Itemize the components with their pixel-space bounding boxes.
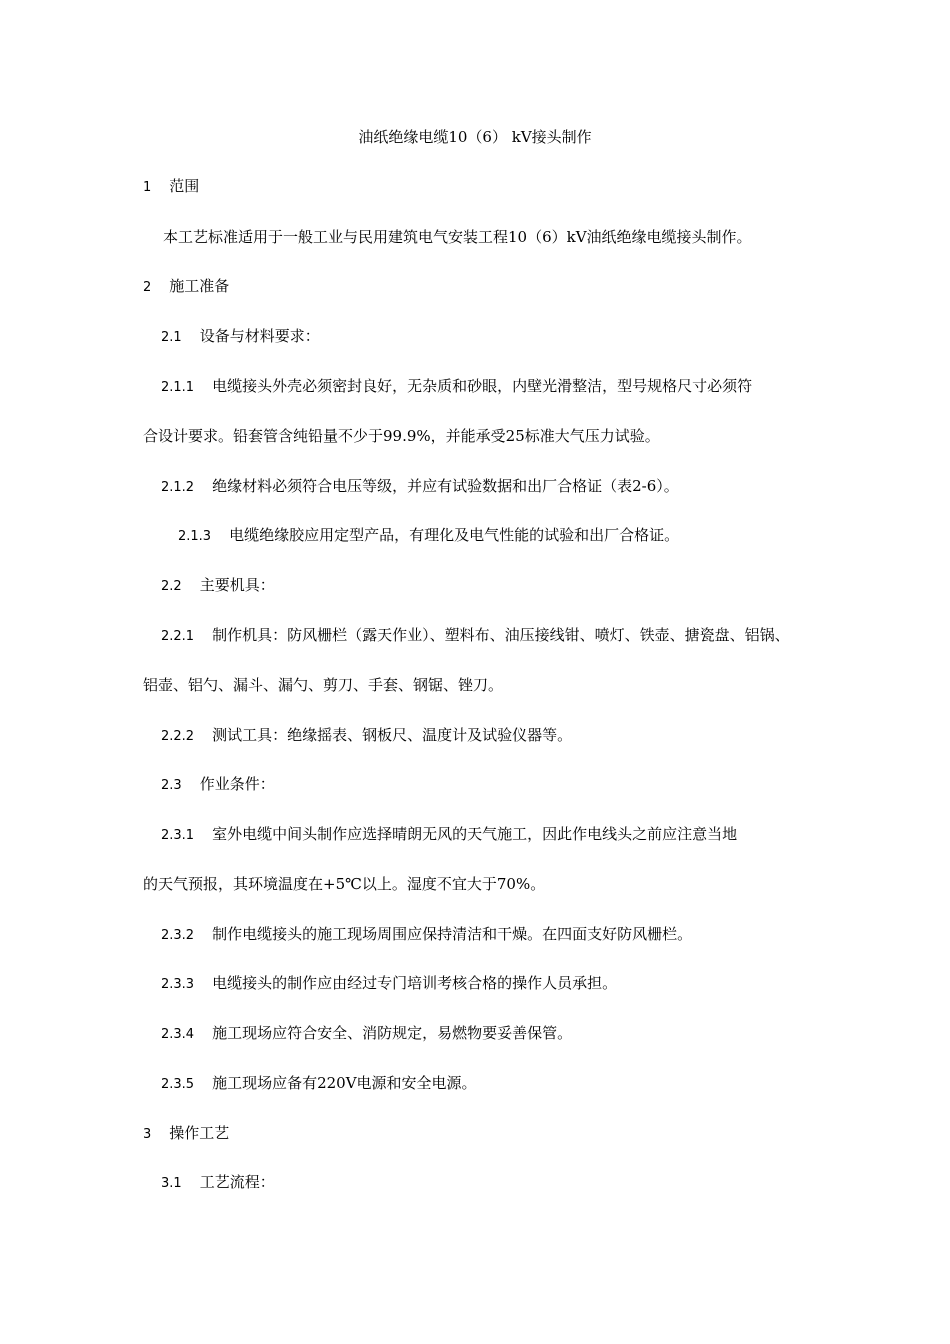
clause-2-3-3: 2.3.3电缆接头的制作应由经过专门培训考核合格的操作人员承担。	[161, 973, 617, 995]
clause-2-3-4: 2.3.4施工现场应符合安全、消防规定，易燃物要妥善保管。	[161, 1023, 572, 1045]
clause-2-1-1: 2.1.1电缆接头外壳必须密封良好，无杂质和砂眼，内壁光滑整洁，型号规格尺寸必须…	[161, 376, 752, 398]
clause-number: 2.3.3	[161, 975, 194, 995]
clause-text: 电缆接头外壳必须密封良好，无杂质和砂眼，内壁光滑整洁，型号规格尺寸必须符	[212, 377, 752, 395]
clause-number: 2.3.5	[161, 1075, 194, 1095]
section-heading-2: 2施工准备	[143, 276, 229, 298]
clause-text: 室外电缆中间头制作应选择晴朗无风的天气施工，因此作电线头之前应注意当地	[212, 825, 737, 843]
clause-text: 设备与材料要求：	[200, 327, 320, 345]
clause-number: 3.1	[161, 1174, 182, 1194]
document-title: 油纸绝缘电缆10（6） kV接头制作	[0, 127, 950, 147]
clause-text: 绝缘材料必须符合电压等级，并应有试验数据和出厂合格证（表2-6）。	[212, 477, 679, 495]
clause-2-3-1: 2.3.1室外电缆中间头制作应选择晴朗无风的天气施工，因此作电线头之前应注意当地	[161, 824, 737, 846]
clause-number: 2.3.1	[161, 826, 194, 846]
clause-number: 2.2.1	[161, 627, 194, 647]
clause-text: 施工现场应备有220V电源和安全电源。	[212, 1074, 476, 1092]
clause-2-2: 2.2主要机具：	[161, 575, 275, 597]
clause-number: 2.1.1	[161, 378, 194, 398]
section-heading-1: 1范围	[143, 176, 199, 198]
clause-text: 工艺流程：	[200, 1173, 275, 1191]
section-number: 3	[143, 1125, 151, 1145]
section-number: 1	[143, 178, 151, 198]
clause-text: 电缆绝缘胶应用定型产品，有理化及电气性能的试验和出厂合格证。	[229, 526, 679, 544]
clause-text: 制作电缆接头的施工现场周围应保持清洁和干燥。在四面支好防风栅栏。	[212, 925, 692, 943]
clause-2-2-1-continued: 铝壶、铝勺、漏斗、漏勺、剪刀、手套、钢锯、锉刀。	[143, 675, 503, 695]
clause-text: 测试工具：绝缘摇表、钢板尺、温度计及试验仪器等。	[212, 726, 572, 744]
clause-number: 2.2	[161, 577, 182, 597]
section-number: 2	[143, 278, 151, 298]
clause-2-1: 2.1设备与材料要求：	[161, 326, 320, 348]
section-heading-3: 3操作工艺	[143, 1123, 229, 1145]
section-title: 范围	[169, 177, 199, 195]
document-page: 油纸绝缘电缆10（6） kV接头制作 1范围 本工艺标准适用于一般工业与民用建筑…	[0, 0, 950, 1344]
clause-number: 2.1.3	[178, 527, 211, 547]
clause-3-1: 3.1工艺流程：	[161, 1172, 275, 1194]
scope-paragraph: 本工艺标准适用于一般工业与民用建筑电气安装工程10（6）kV油纸绝缘电缆接头制作…	[163, 227, 752, 247]
clause-text: 施工现场应符合安全、消防规定，易燃物要妥善保管。	[212, 1024, 572, 1042]
clause-2-3: 2.3作业条件：	[161, 774, 275, 796]
clause-text: 主要机具：	[200, 576, 275, 594]
clause-number: 2.2.2	[161, 727, 194, 747]
clause-2-3-1-continued: 的天气预报，其环境温度在+5℃以上。湿度不宜大于70%。	[143, 874, 545, 894]
clause-2-3-5: 2.3.5施工现场应备有220V电源和安全电源。	[161, 1073, 477, 1095]
section-title: 施工准备	[169, 277, 229, 295]
clause-2-2-1: 2.2.1制作机具：防风栅栏（露天作业）、塑料布、油压接线钳、喷灯、铁壶、搪瓷盘…	[161, 625, 790, 647]
clause-text: 电缆接头的制作应由经过专门培训考核合格的操作人员承担。	[212, 974, 617, 992]
section-title: 操作工艺	[169, 1124, 229, 1142]
clause-number: 2.3	[161, 776, 182, 796]
clause-number: 2.3.4	[161, 1025, 194, 1045]
clause-2-2-2: 2.2.2测试工具：绝缘摇表、钢板尺、温度计及试验仪器等。	[161, 725, 572, 747]
clause-number: 2.3.2	[161, 926, 194, 946]
clause-2-1-1-continued: 合设计要求。铅套管含纯铅量不少于99.9%，并能承受25标准大气压力试验。	[143, 426, 660, 446]
clause-number: 2.1.2	[161, 478, 194, 498]
clause-2-3-2: 2.3.2制作电缆接头的施工现场周围应保持清洁和干燥。在四面支好防风栅栏。	[161, 924, 692, 946]
clause-number: 2.1	[161, 328, 182, 348]
clause-2-1-3: 2.1.3电缆绝缘胶应用定型产品，有理化及电气性能的试验和出厂合格证。	[178, 525, 679, 547]
clause-2-1-2: 2.1.2绝缘材料必须符合电压等级，并应有试验数据和出厂合格证（表2-6）。	[161, 476, 679, 498]
clause-text: 作业条件：	[200, 775, 275, 793]
clause-text: 制作机具：防风栅栏（露天作业）、塑料布、油压接线钳、喷灯、铁壶、搪瓷盘、铝锅、	[212, 626, 790, 644]
